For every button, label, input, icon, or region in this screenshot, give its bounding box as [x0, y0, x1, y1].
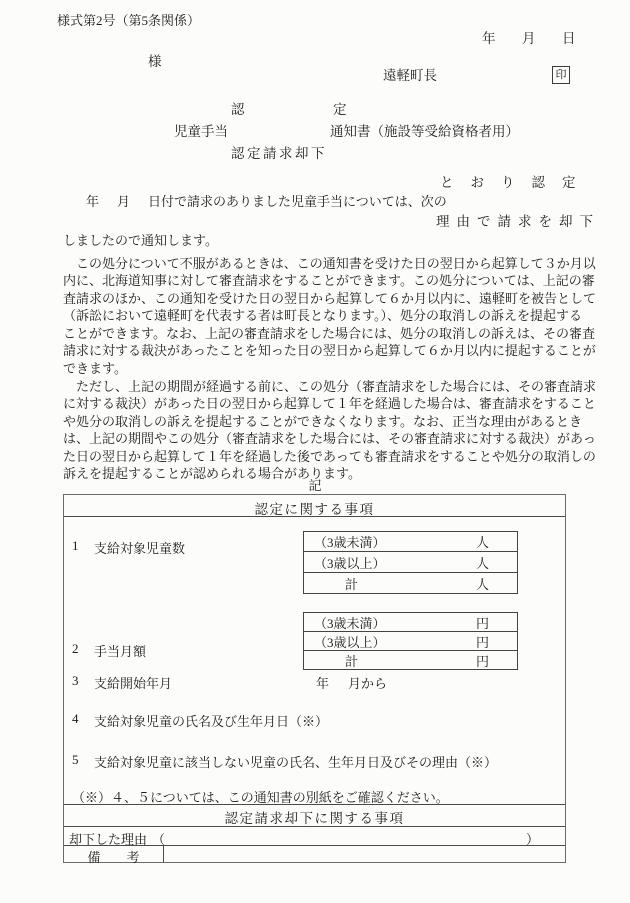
row-label: （3歳以上）	[314, 553, 386, 572]
item5-number: 5	[72, 752, 79, 768]
item5-label: 支給対象児童に該当しない児童の氏名、生年月日及びその理由（※）	[94, 752, 497, 771]
start-year-label: 年	[316, 673, 329, 692]
section2-header: 認定請求却下に関する事項	[64, 807, 565, 827]
table-row: 計円	[304, 651, 517, 669]
paragraph1-line: できます。	[63, 362, 127, 376]
paragraph2-line: ただし、上記の期間が経過する前に、この処分（審査請求をした場合には、その審査請求	[63, 380, 596, 394]
item1-number: 1	[72, 538, 79, 554]
table-row: （3歳以上）人	[304, 552, 517, 573]
row-label: （3歳未満）	[314, 613, 386, 632]
intro-option-approve: とおり認定	[440, 175, 593, 190]
paragraph1-line: 内に、北海道知事に対して審査請求をすることができます。この処分については、上記の…	[63, 274, 595, 288]
unit-label: 円	[476, 613, 489, 632]
divider	[163, 845, 164, 862]
issuer-name: 遠軽町長	[383, 68, 437, 83]
paragraph1-line: 請求に対する裁決があったことを知った日の翌日から起算して６か月以内に提起すること…	[63, 344, 596, 358]
table-row: 計人	[304, 573, 517, 593]
paragraph1-line: 査請求のほか、この通知を受けた日の翌日から起算して６か月以内に、遠軽町を被告とし…	[63, 292, 596, 306]
intro-sentence: 日付で請求のありました児童手当については、次の	[148, 195, 447, 209]
title-right: 通知書（施設等受給資格者用）	[330, 124, 519, 139]
certification-table: 認定に関する事項 1 支給対象児童数 （3歳未満）人 （3歳以上）人 計人 2 …	[63, 494, 566, 863]
item3-number: 3	[72, 673, 79, 689]
paragraph1-line: （訴訟において遠軽町を代表する者は町長となります。）、処分の取消しの訴えを提起す…	[63, 309, 582, 323]
intro-option-reject: 理由で請求を却下	[436, 214, 600, 229]
divider	[64, 804, 565, 805]
unit-label: 円	[476, 651, 489, 670]
unit-label: 人	[476, 574, 489, 593]
intro-month-label: 月	[117, 195, 130, 209]
paragraph1-line: ことができます。なお、上記の審査請求をした場合には、処分の取消しの訴えは、その審…	[63, 327, 595, 341]
addressee-suffix: 様	[148, 54, 162, 69]
row-label: 計	[314, 651, 358, 670]
remarks-label: 備 考	[64, 847, 163, 866]
divider	[64, 845, 565, 846]
unit-label: 人	[476, 553, 489, 572]
paragraph2-line: は、上記の期間やこの処分（審査請求をした場合には、その審査請求に対する裁決）があ…	[63, 432, 596, 446]
monthly-amount-table: （3歳未満）円 （3歳以上）円 計円	[303, 612, 518, 670]
table-row: （3歳以上）円	[304, 632, 517, 651]
item2-label: 手当月額	[94, 641, 146, 660]
item3-label: 支給開始年月	[94, 673, 172, 692]
item4-label: 支給対象児童の氏名及び生年月日（※）	[94, 711, 328, 730]
intro-sentence-end: しましたので通知します。	[63, 234, 218, 248]
seal-stamp-box: 印	[552, 66, 570, 84]
item1-label: 支給対象児童数	[94, 538, 185, 557]
divider	[64, 826, 565, 827]
form-number: 様式第2号（第5条関係）	[57, 14, 200, 28]
row-label: （3歳以上）	[314, 632, 386, 651]
table-row: （3歳未満）円	[304, 613, 517, 632]
children-count-table: （3歳未満）人 （3歳以上）人 計人	[303, 531, 518, 594]
unit-label: 円	[476, 632, 489, 651]
paragraph2-line: に対する裁決）があった日の翌日から起算して１年を経過した場合は、審査請求をするこ…	[63, 397, 596, 411]
section1-header: 認定に関する事項	[64, 498, 565, 518]
paragraph2-line: た日の翌日から起算して１年を経過した後であっても審査請求をすることや処分の取消し…	[63, 450, 596, 464]
title-option-approval: 認 定	[231, 102, 359, 117]
start-month-label: 月から	[348, 673, 387, 692]
row-label: 計	[314, 574, 358, 593]
paragraph1-line: この処分について不服があるときは、この通知書を受けた日の翌日から起算して３か月以	[63, 257, 596, 271]
date-month-label: 月	[522, 31, 536, 46]
row-label: （3歳未満）	[314, 532, 386, 551]
ki-mark: 記	[0, 479, 630, 493]
intro-year-label: 年	[86, 195, 99, 209]
date-day-label: 日	[562, 31, 576, 46]
title-left: 児童手当	[174, 124, 228, 139]
date-year-label: 年	[482, 31, 496, 46]
table-row: （3歳未満）人	[304, 532, 517, 552]
item2-number: 2	[72, 641, 79, 657]
divider	[64, 516, 565, 517]
paragraph2-line: や処分の取消しの訴えを提起することができなくなります。なお、正当な理由があるとき	[63, 415, 582, 429]
unit-label: 人	[476, 532, 489, 551]
title-option-rejection: 認定請求却下	[231, 146, 327, 161]
notification-document: 様式第2号（第5条関係） 年 月 日 様 遠軽町長 印 認 定 児童手当 通知書…	[0, 0, 630, 903]
item4-number: 4	[72, 711, 79, 727]
